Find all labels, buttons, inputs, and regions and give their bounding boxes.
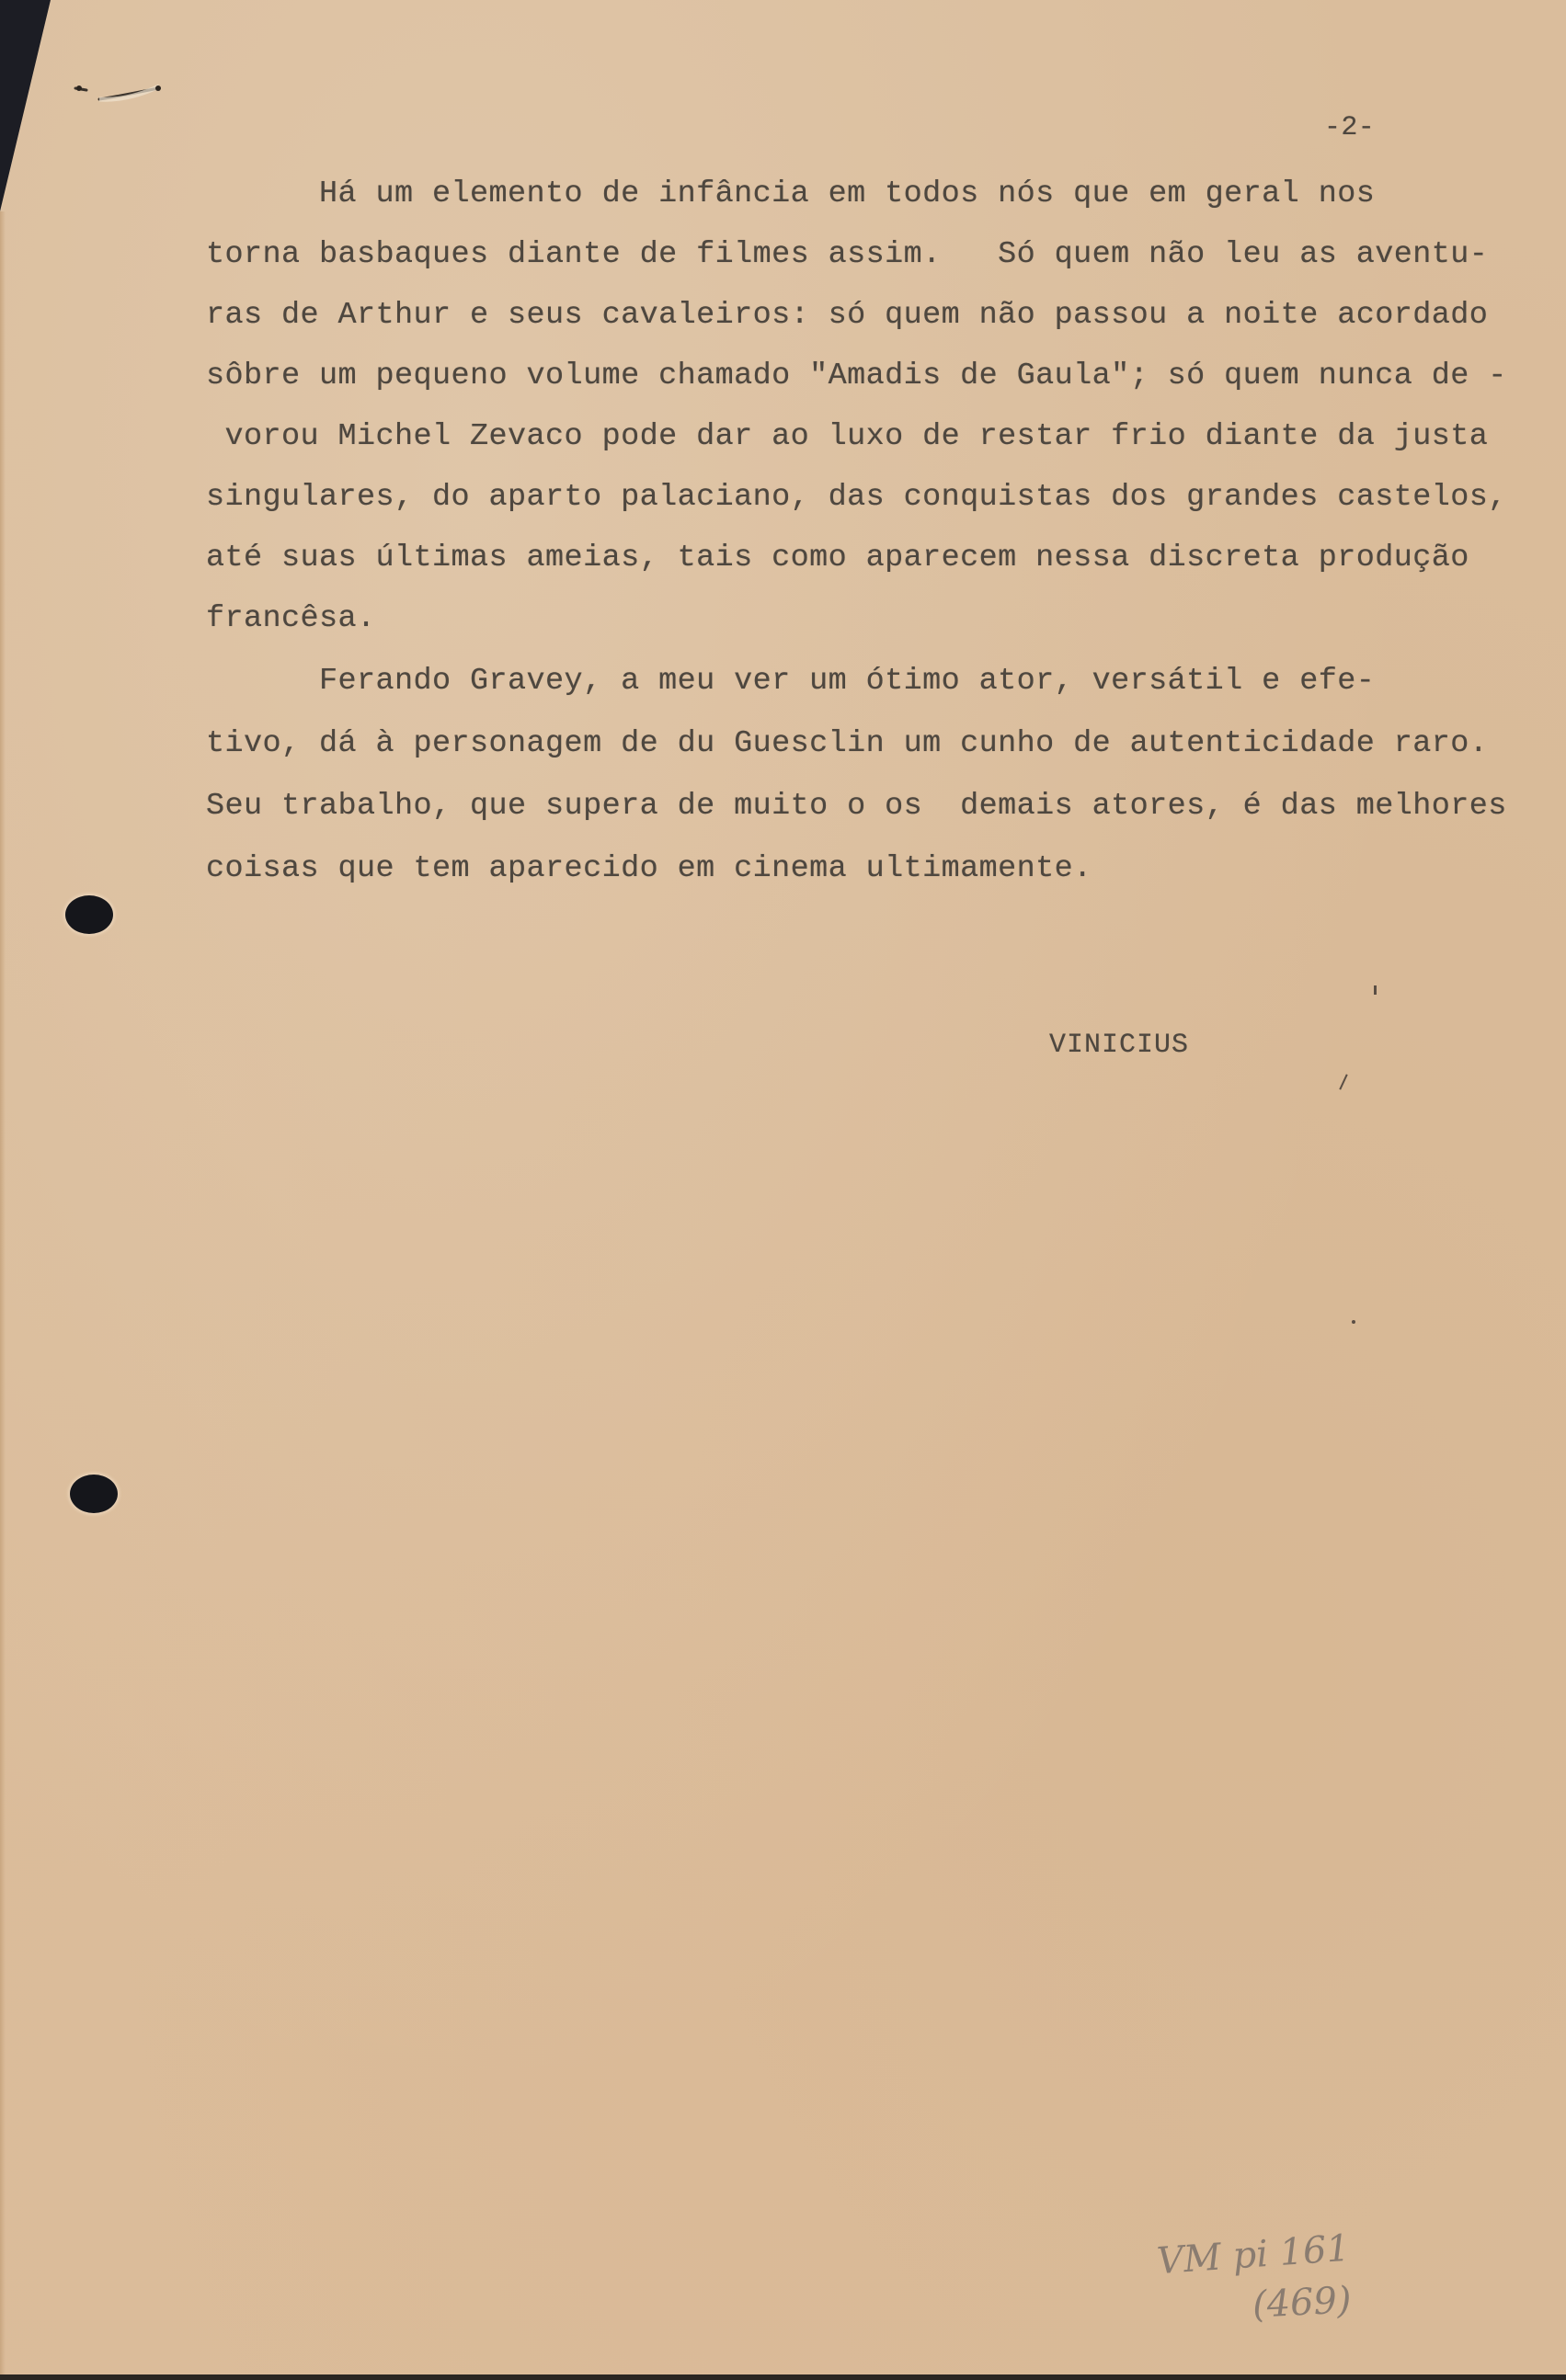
pen-mark	[1374, 985, 1377, 995]
paper-left-edge	[0, 211, 6, 2380]
text-line: francêsa.	[206, 601, 376, 636]
scan-background-corner-top	[0, 0, 39, 15]
pen-mark	[1339, 1074, 1347, 1089]
text-line: Há um elemento de infância em todos nós …	[206, 177, 1375, 211]
staple-mark-icon	[72, 81, 167, 103]
signature: VINICIUS	[1049, 1030, 1189, 1061]
text-line: vorou Michel Zevaco pode dar ao luxo de …	[206, 419, 1488, 454]
text-line: torna basbaques diante de filmes assim. …	[206, 237, 1488, 272]
text-line: Seu trabalho, que supera de muito o os d…	[206, 789, 1507, 824]
text-line: até suas últimas ameias, tais como apare…	[206, 541, 1469, 575]
punch-hole-top	[65, 895, 113, 934]
text-line: tivo, dá à personagem de du Guesclin um …	[206, 726, 1488, 761]
pen-mark	[1352, 1320, 1355, 1324]
scan-background-corner	[0, 0, 51, 211]
archive-annotation-number: (469)	[1252, 2279, 1353, 2327]
text-line: sôbre um pequeno volume chamado "Amadis …	[206, 359, 1507, 393]
page-number: -2-	[1324, 112, 1375, 143]
text-line: singulares, do aparto palaciano, das con…	[206, 480, 1507, 515]
scan-background-bottom	[0, 2374, 1566, 2380]
text-line: Ferando Gravey, a meu ver um ótimo ator,…	[206, 664, 1375, 699]
text-line: ras de Arthur e seus cavaleiros: só quem…	[206, 298, 1488, 333]
archive-annotation: VM pi 161	[1156, 2227, 1352, 2283]
punch-hole-bottom	[70, 1475, 118, 1513]
text-line: coisas que tem aparecido em cinema ultim…	[206, 851, 1092, 886]
document-page: -2- Há um elemento de infância em todos …	[0, 0, 1566, 2380]
